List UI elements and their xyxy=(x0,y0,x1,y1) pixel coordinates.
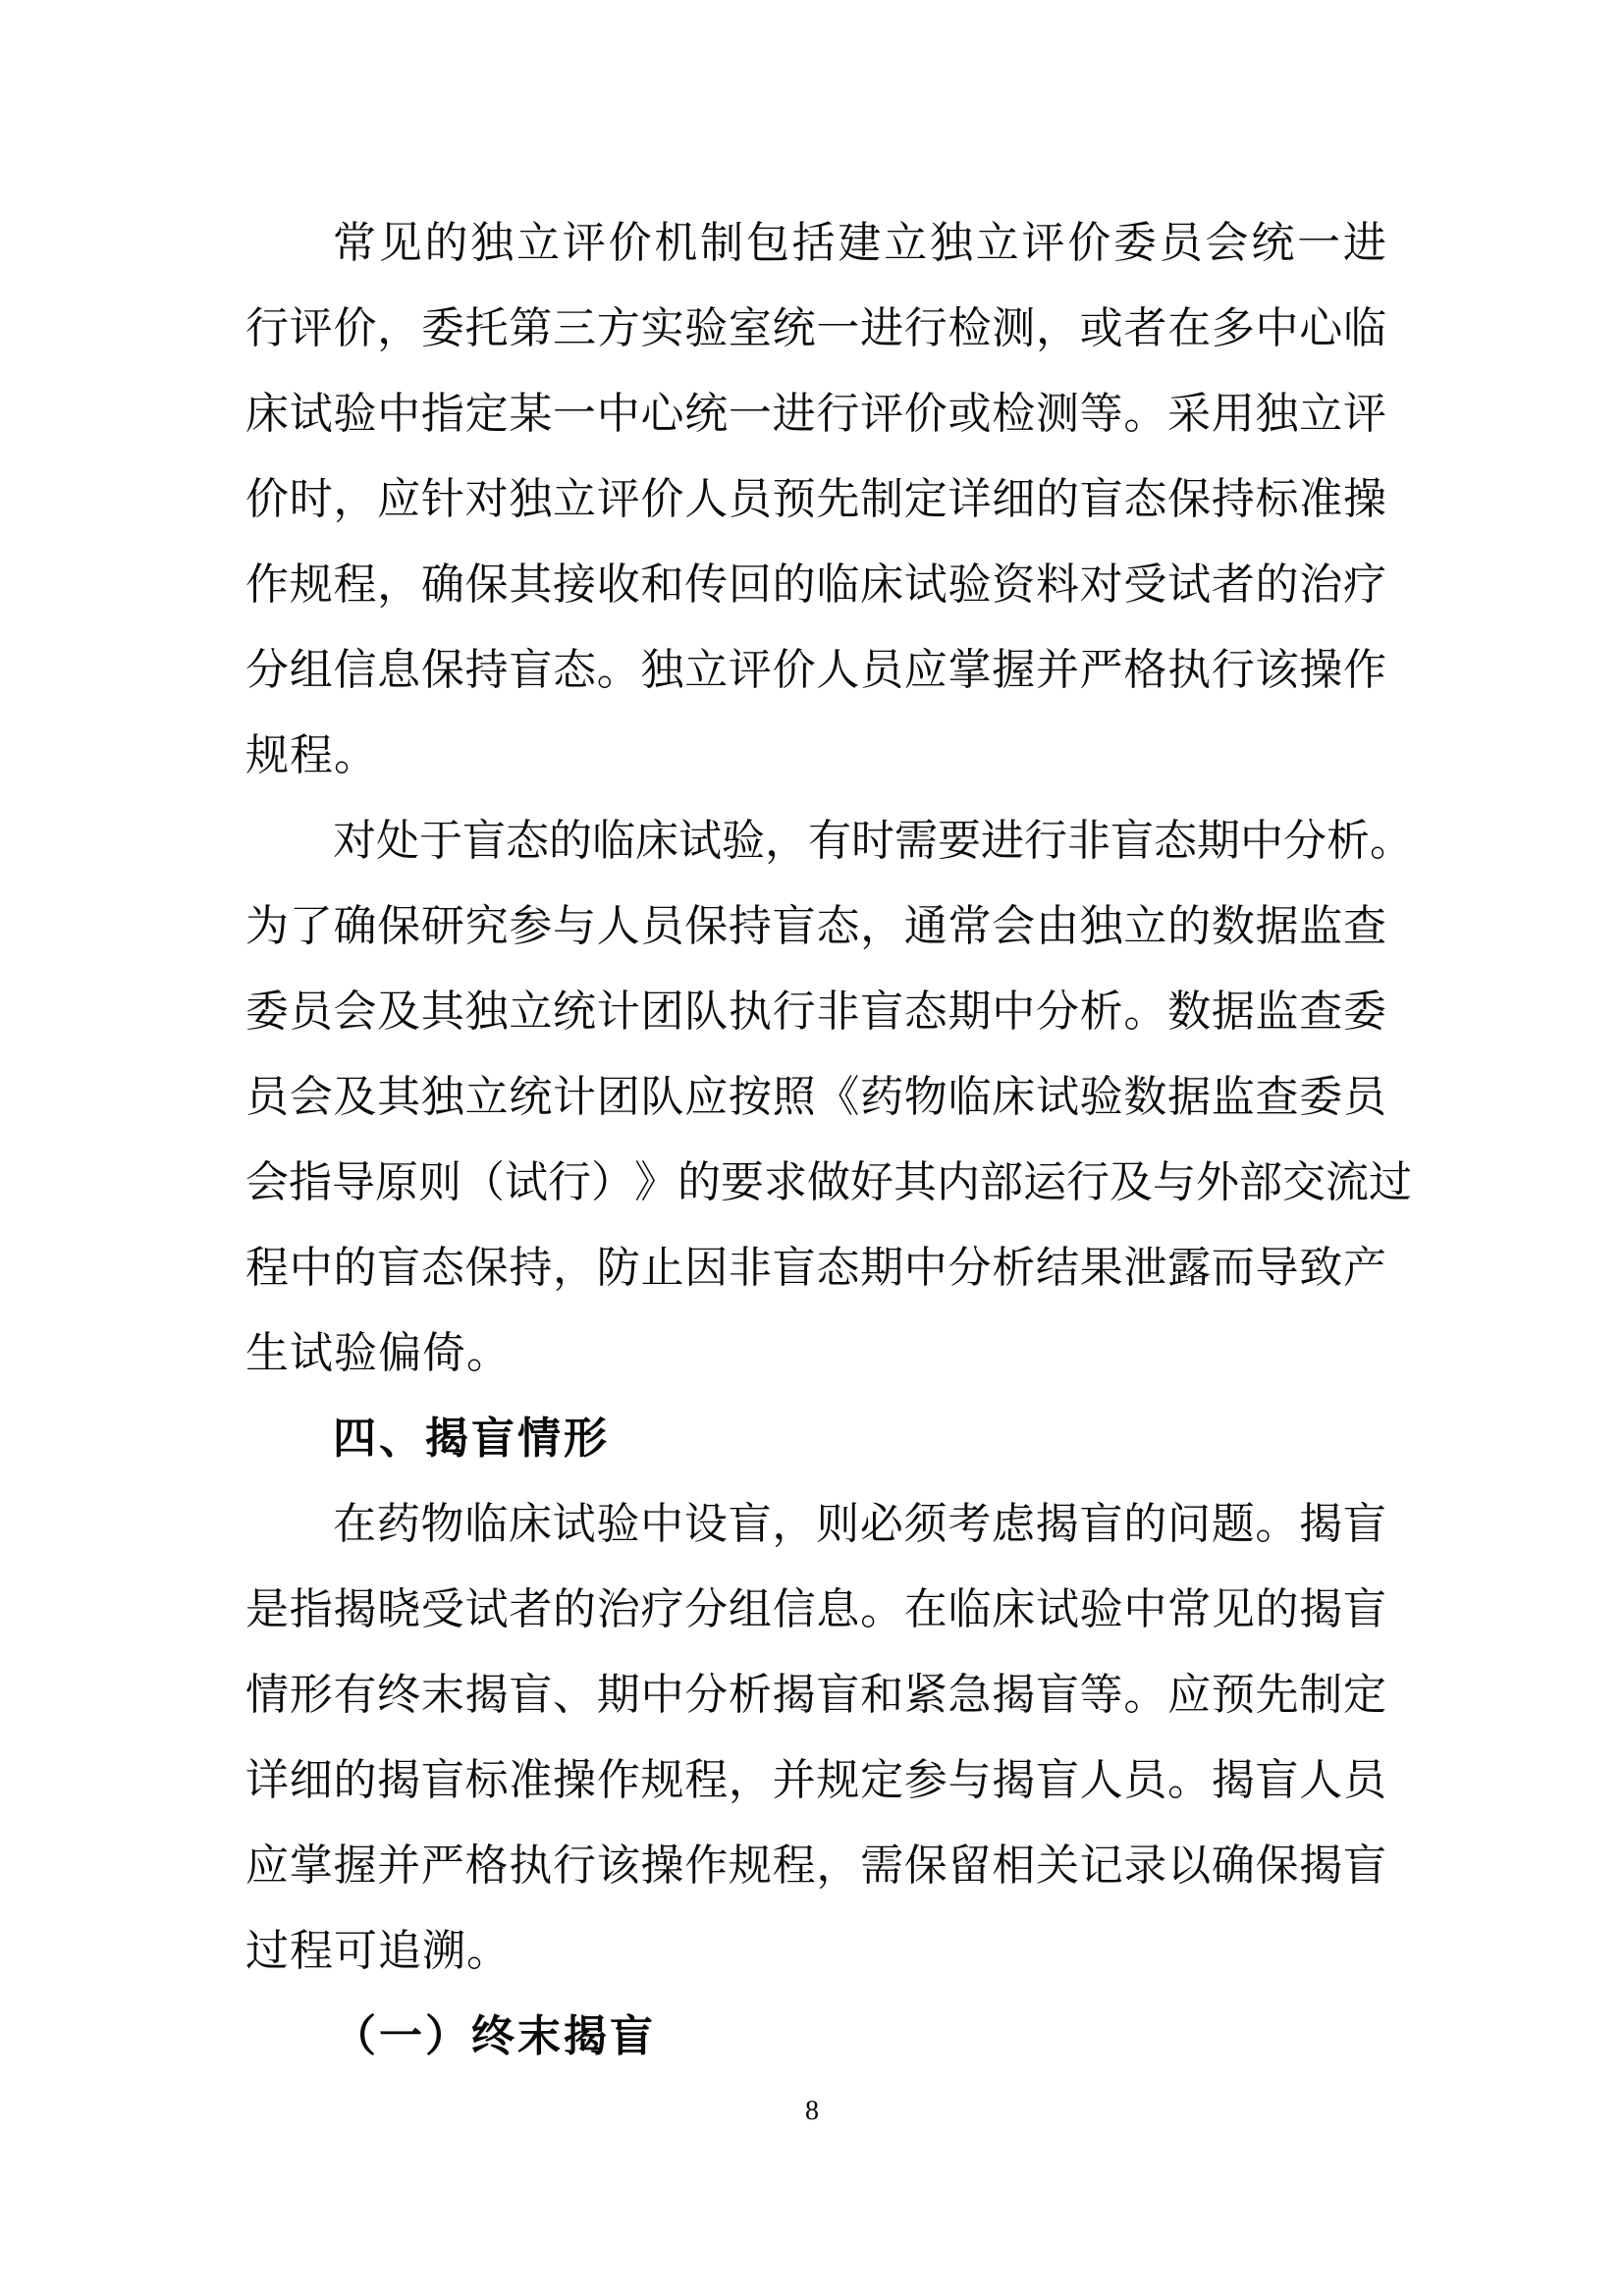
paragraph-last-line: 生试验偏倚。 xyxy=(245,1310,1386,1396)
document-text-block: 常见的独立评价机制包括建立独立评价委员会统一进 行评价，委托第三方实验室统一进行… xyxy=(245,200,1386,2079)
body-text-line: 作规程，确保其接收和传回的临床试验资料对受试者的治疗 xyxy=(245,542,1386,627)
paragraph-last-line: 规程。 xyxy=(245,713,1386,798)
body-text-line: 员会及其独立统计团队应按照《药物临床试验数据监查委员 xyxy=(245,1054,1386,1140)
heading-final-unblinding: （一）终末揭盲 xyxy=(245,1994,1386,2079)
paragraph-first-line: 对处于盲态的临床试验，有时需要进行非盲态期中分析。 xyxy=(245,798,1386,883)
heading-unblinding-scenarios: 四、揭盲情形 xyxy=(245,1396,1386,1481)
document-page: 常见的独立评价机制包括建立独立评价委员会统一进 行评价，委托第三方实验室统一进行… xyxy=(0,0,1624,2296)
body-text-line: 情形有终末揭盲、期中分析揭盲和紧急揭盲等。应预先制定 xyxy=(245,1652,1386,1737)
body-text-line: 委员会及其独立统计团队执行非盲态期中分析。数据监查委 xyxy=(245,969,1386,1054)
paragraph-last-line: 过程可追溯。 xyxy=(245,1908,1386,1994)
body-text-line: 价时，应针对独立评价人员预先制定详细的盲态保持标准操 xyxy=(245,456,1386,542)
body-text-line: 应掌握并严格执行该操作规程，需保留相关记录以确保揭盲 xyxy=(245,1823,1386,1908)
paragraph-first-line: 常见的独立评价机制包括建立独立评价委员会统一进 xyxy=(245,200,1386,286)
body-text-line: 行评价，委托第三方实验室统一进行检测，或者在多中心临 xyxy=(245,286,1386,371)
body-text-line: 分组信息保持盲态。独立评价人员应掌握并严格执行该操作 xyxy=(245,627,1386,713)
body-text-line: 程中的盲态保持，防止因非盲态期中分析结果泄露而导致产 xyxy=(245,1225,1386,1310)
body-text-line: 详细的揭盲标准操作规程，并规定参与揭盲人员。揭盲人员 xyxy=(245,1737,1386,1823)
body-text-line: 为了确保研究参与人员保持盲态，通常会由独立的数据监查 xyxy=(245,883,1386,969)
paragraph-first-line: 在药物临床试验中设盲，则必须考虑揭盲的问题。揭盲 xyxy=(245,1481,1386,1567)
body-text-line: 会指导原则（试行）》的要求做好其内部运行及与外部交流过 xyxy=(245,1140,1386,1225)
body-text-line: 是指揭晓受试者的治疗分组信息。在临床试验中常见的揭盲 xyxy=(245,1567,1386,1652)
page-number: 8 xyxy=(0,2087,1624,2136)
body-text-line: 床试验中指定某一中心统一进行评价或检测等。采用独立评 xyxy=(245,371,1386,456)
